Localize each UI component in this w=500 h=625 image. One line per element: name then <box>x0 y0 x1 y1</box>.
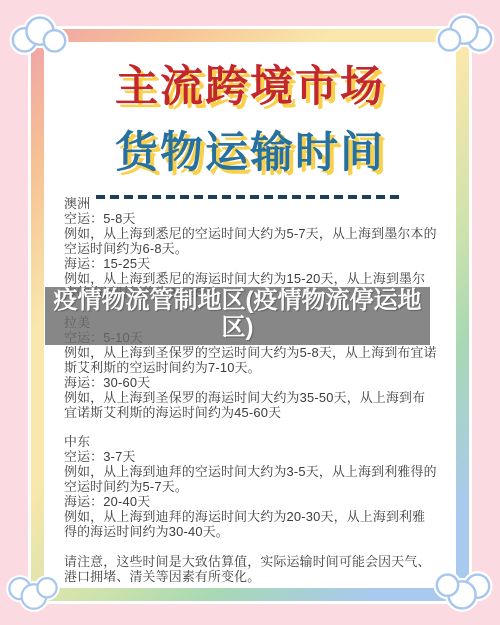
shipping-times-text: 澳洲 空运：5-8天 例如，从上海到悉尼的空运时间大约为5-7天，从上海到墨尔本… <box>64 197 438 585</box>
air-example: 例如，从上海到迪拜的空运时间大约为3-5天，从上海到利雅得的空运时间约为5-7天… <box>64 465 438 495</box>
sea-example: 例如，从上海到迪拜的海运时间大约为20-30天，从上海到利雅得的海运时间约为30… <box>64 510 438 540</box>
sea-time: 海运：20-40天 <box>64 495 438 510</box>
cloud-icon <box>5 572 61 614</box>
cloud-icon <box>432 568 494 614</box>
poster-title: 主流跨境市场 货物运输时间 <box>0 66 500 175</box>
disclaimer-note: 请注意，这些时间是大致估算值，实际运输时间可能会因天气、港口拥堵、清关等因素有所… <box>64 555 438 585</box>
sea-time: 海运：15-25天 <box>64 257 438 272</box>
air-time: 空运：3-7天 <box>64 450 438 465</box>
region-name: 中东 <box>64 435 438 450</box>
air-example: 例如，从上海到圣保罗的空运时间大约为5-8天，从上海到布宜诺斯艾利斯的空运时间约… <box>64 346 438 376</box>
sea-time: 海运：30-60天 <box>64 376 438 391</box>
title-line-1: 主流跨境市场 <box>0 66 500 109</box>
air-time: 空运：5-8天 <box>64 212 438 227</box>
cloud-icon <box>8 12 70 58</box>
covid-restriction-banner: 疫情物流管制地区(疫情物流停运地区) <box>45 287 430 345</box>
cloud-icon <box>434 11 496 57</box>
covid-restriction-title: 疫情物流管制地区(疫情物流停运地区) <box>52 287 424 341</box>
poster-page: 主流跨境市场 货物运输时间 澳洲 空运：5-8天 例如，从上海到悉尼的空运时间大… <box>0 0 500 625</box>
region-name: 澳洲 <box>64 197 438 212</box>
region-section-middle-east: 中东 空运：3-7天 例如，从上海到迪拜的空运时间大约为3-5天，从上海到利雅得… <box>64 435 438 539</box>
title-line-2: 货物运输时间 <box>0 132 500 175</box>
sea-example: 例如，从上海到圣保罗的海运时间大约为35-50天，从上海到布宜诺斯艾利斯的海运时… <box>64 391 438 421</box>
air-example: 例如，从上海到悉尼的空运时间大约为5-7天，从上海到墨尔本的空运时间约为6-8天… <box>64 227 438 257</box>
region-section-australia: 澳洲 空运：5-8天 例如，从上海到悉尼的空运时间大约为5-7天，从上海到墨尔本… <box>64 197 438 301</box>
